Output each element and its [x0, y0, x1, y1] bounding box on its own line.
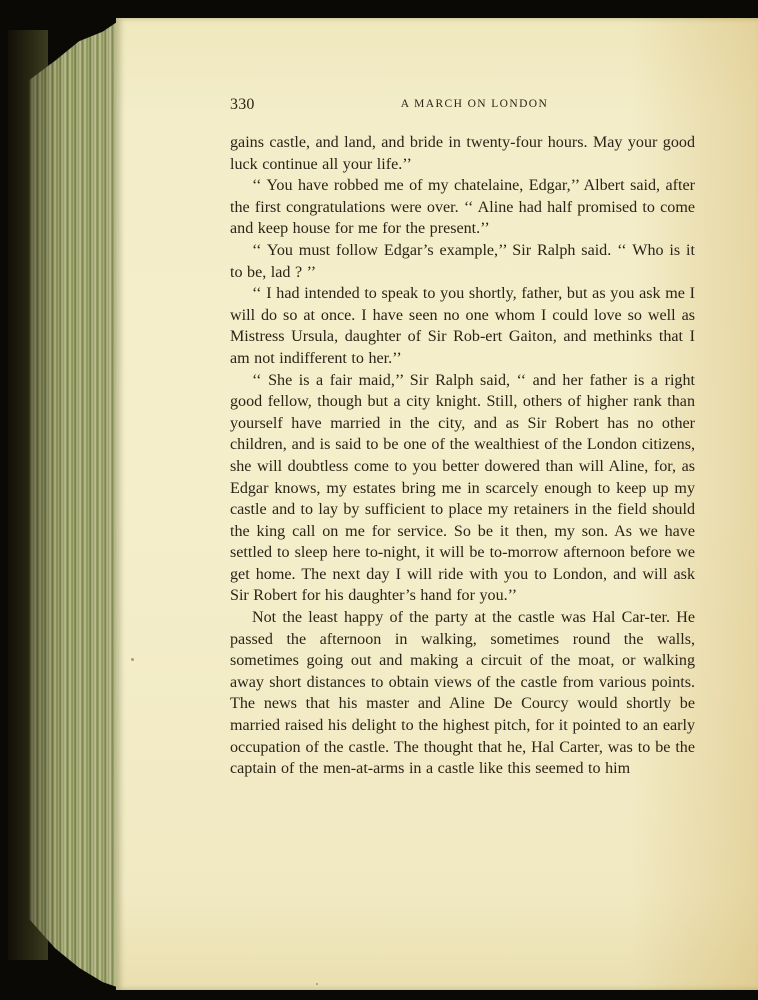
page-edges-stack — [22, 22, 117, 987]
paragraph: ‘‘ I had intended to speak to you shortl… — [230, 283, 695, 369]
book-scan: 330 A MARCH ON LONDON gains castle, and … — [0, 0, 758, 1000]
paper-speck — [316, 983, 318, 985]
page-content: 330 A MARCH ON LONDON gains castle, and … — [230, 96, 695, 780]
paragraph: ‘‘ You have robbed me of my chatelaine, … — [230, 175, 695, 240]
body-text: gains castle, and land, and bride in twe… — [230, 132, 695, 780]
running-head-title: A MARCH ON LONDON — [230, 98, 695, 110]
paragraph: gains castle, and land, and bride in twe… — [230, 132, 695, 175]
book-page: 330 A MARCH ON LONDON gains castle, and … — [116, 18, 758, 990]
paper-speck — [131, 658, 134, 661]
running-head: 330 A MARCH ON LONDON — [230, 96, 695, 120]
paragraph: ‘‘ She is a fair maid,’’ Sir Ralph said,… — [230, 370, 695, 608]
paragraph: Not the least happy of the party at the … — [230, 607, 695, 780]
paragraph: ‘‘ You must follow Edgar’s example,’’ Si… — [230, 240, 695, 283]
